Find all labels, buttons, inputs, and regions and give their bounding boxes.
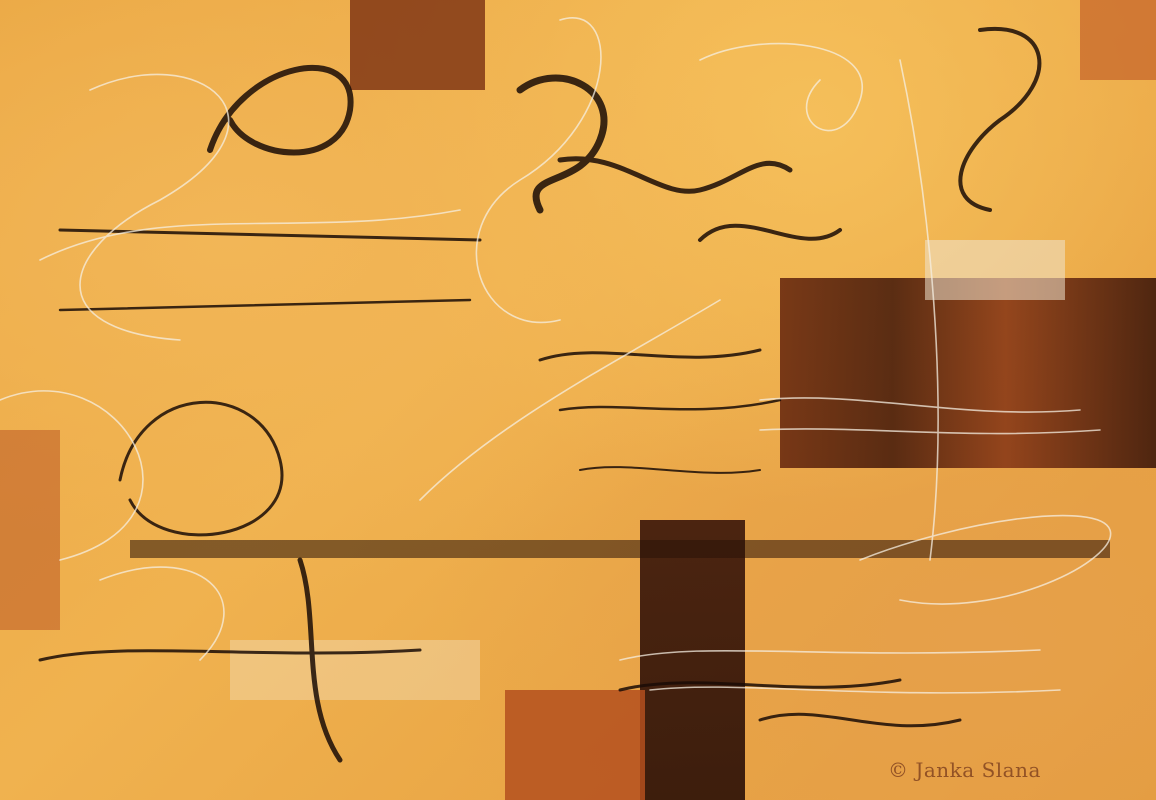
calligraphy-strokes bbox=[0, 0, 1156, 800]
painting: © Janka Slana bbox=[0, 0, 1156, 800]
artist-signature: © Janka Slana bbox=[888, 758, 1041, 782]
